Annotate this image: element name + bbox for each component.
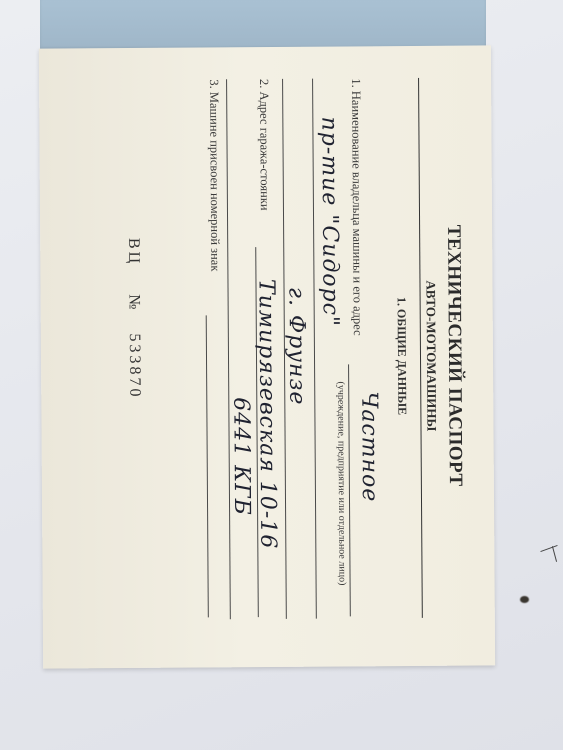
passport-page: ТЕХНИЧЕСКИЙ ПАСПОРТ АВТО-МОТОМАШИНЫ 1. О… xyxy=(39,45,495,668)
section-heading: 1. ОБЩИЕ ДАННЫЕ xyxy=(392,46,411,666)
field-owner-value-1[interactable]: Частное xyxy=(356,391,382,502)
serial-number-sign: № xyxy=(126,294,143,312)
ink-spot xyxy=(520,596,529,603)
pen-mark-tail xyxy=(552,546,557,562)
field-owner-line-1 xyxy=(348,364,351,616)
field-garage-value[interactable]: Тимирязевская 10-16 xyxy=(253,279,280,549)
field-plate-line xyxy=(206,315,209,617)
document-subtitle: АВТО-МОТОМАШИНЫ xyxy=(421,46,441,666)
field-owner-value-2[interactable]: пр-тие "Сидорс" xyxy=(316,116,342,327)
field-owner-label: 1. Наименование владельца машины и его а… xyxy=(348,78,365,335)
serial-number: ВЦ № 533870 xyxy=(124,238,143,400)
field-plate-label: 3. Машине присвоен номерной знак xyxy=(206,79,222,271)
passport-cover xyxy=(40,0,486,50)
document-title: ТЕХНИЧЕСКИЙ ПАСПОРТ xyxy=(441,46,467,666)
serial-series: ВЦ xyxy=(125,238,142,266)
field-garage-line-2 xyxy=(226,79,231,619)
field-owner-hint: (учреждение, предприятие или отдельное л… xyxy=(335,381,347,585)
pen-mark xyxy=(540,545,557,552)
field-plate-value[interactable]: 6441 КГБ xyxy=(228,397,254,516)
field-garage-label: 2. Адрес гаража-стоянки xyxy=(256,79,272,211)
field-address-value-1[interactable]: г. Фрунзе xyxy=(284,287,310,406)
page-content: ТЕХНИЧЕСКИЙ ПАСПОРТ АВТО-МОТОМАШИНЫ 1. О… xyxy=(39,45,495,668)
serial-number-value: 533870 xyxy=(126,333,143,399)
